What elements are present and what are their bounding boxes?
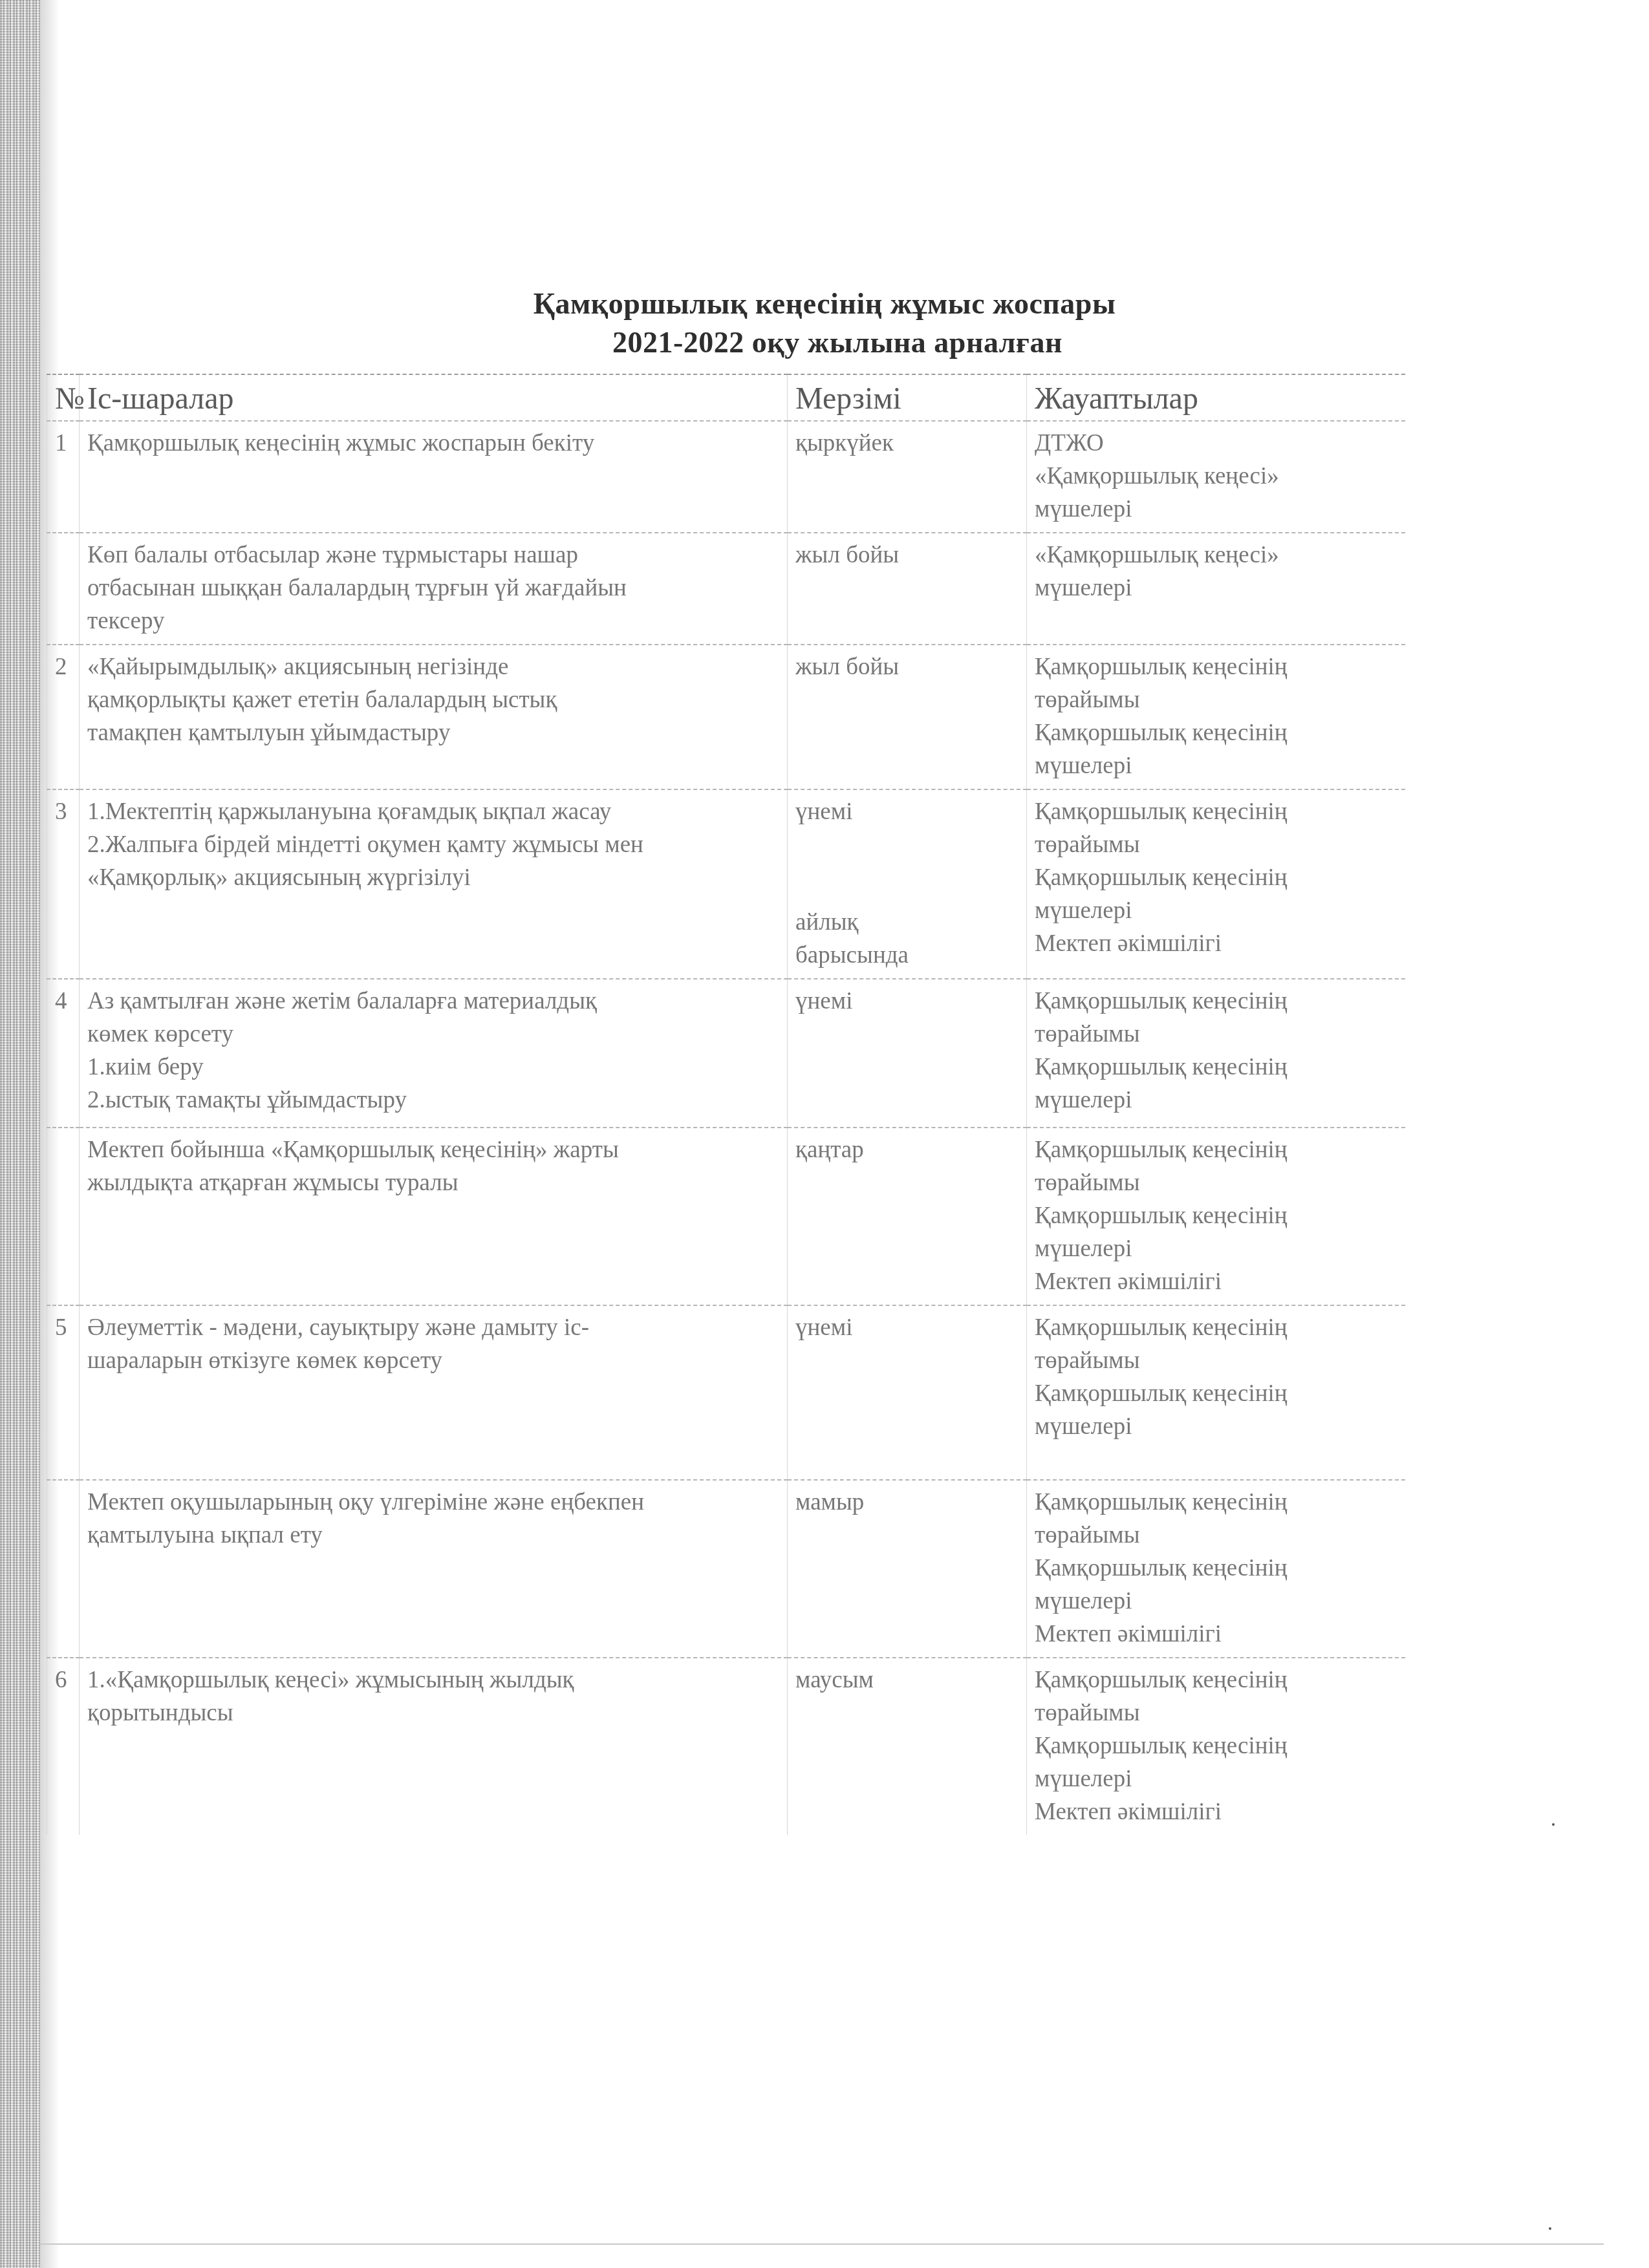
activity-cell-line: Көп балалы отбасылар және тұрмыстары наш…	[87, 539, 781, 572]
deadline-cell: маусым	[788, 1658, 1027, 1835]
responsible-cell-line: «Қамқоршылық кеңесі»	[1035, 539, 1399, 572]
responsible-cell: Қамқоршылық кеңесініңтөрайымыҚамқоршылық…	[1027, 1480, 1405, 1658]
responsible-cell: Қамқоршылық кеңесініңтөрайымыҚамқоршылық…	[1027, 979, 1405, 1128]
row-number: 6	[47, 1658, 80, 1835]
responsible-cell-line: Қамқоршылық кеңесінің	[1035, 795, 1399, 828]
row-number	[47, 1128, 80, 1305]
responsible-cell: Қамқоршылық кеңесініңтөрайымыҚамқоршылық…	[1027, 1305, 1405, 1480]
scan-speck	[1552, 1823, 1555, 1826]
header-num: №	[47, 374, 80, 421]
row-number: 2	[47, 645, 80, 789]
activity-cell-line: Аз қамтылған және жетім балаларға матери…	[87, 985, 781, 1018]
deadline-cell: мамыр	[788, 1480, 1027, 1658]
responsible-cell-line: Мектеп әкімшілігі	[1035, 927, 1399, 960]
table-row: 61.«Қамқоршылық кеңесі» жұмысының жылдық…	[47, 1658, 1405, 1835]
activity-cell-line: 2.ыстық тамақты ұйымдастыру	[87, 1084, 781, 1117]
responsible-cell-line: Қамқоршылық кеңесінің	[1035, 650, 1399, 683]
header-responsible: Жауаптылар	[1027, 374, 1405, 421]
deadline-cell: қаңтар	[788, 1128, 1027, 1305]
row-number: 3	[47, 789, 80, 979]
responsible-cell-line: Қамқоршылық кеңесінің	[1035, 1199, 1399, 1232]
responsible-cell-line: Мектеп әкімшілігі	[1035, 1265, 1399, 1298]
activity-cell: 1.«Қамқоршылық кеңесі» жұмысының жылдыққ…	[80, 1658, 788, 1835]
responsible-cell-line: мүшелері	[1035, 1585, 1399, 1618]
activity-cell: «Қайырымдылық» акциясының негізіндеқамқо…	[80, 645, 788, 789]
responsible-cell-line: мүшелері	[1035, 572, 1399, 604]
table-row: 4Аз қамтылған және жетім балаларға матер…	[47, 979, 1405, 1128]
deadline-cell-line: мамыр	[795, 1486, 1020, 1519]
responsible-cell-line: мүшелері	[1035, 1084, 1399, 1117]
page-bottom-edge	[39, 2243, 1604, 2245]
table-row: Мектеп бойынша «Қамқоршылық кеңесінің» ж…	[47, 1128, 1405, 1305]
activity-cell-line: көмек көрсету	[87, 1018, 781, 1051]
activity-cell-line: «Қайырымдылық» акциясының негізінде	[87, 650, 781, 683]
responsible-cell-line: мүшелері	[1035, 894, 1399, 927]
table-row: 5Әлеуметтік - мәдени, сауықтыру және дам…	[47, 1305, 1405, 1480]
responsible-cell-line: Қамқоршылық кеңесінің	[1035, 716, 1399, 749]
responsible-cell-line: Қамқоршылық кеңесінің	[1035, 861, 1399, 894]
responsible-cell-line: төрайымы	[1035, 1166, 1399, 1199]
responsible-cell-line: төрайымы	[1035, 1696, 1399, 1729]
responsible-cell-line: төрайымы	[1035, 1018, 1399, 1051]
table-row: 2«Қайырымдылық» акциясының негізіндеқамқ…	[47, 645, 1405, 789]
responsible-cell: Қамқоршылық кеңесініңтөрайымыҚамқоршылық…	[1027, 1658, 1405, 1835]
document-title: Қамқоршылық кеңесінің жұмыс жоспары 2021…	[0, 284, 1649, 362]
responsible-cell-line: Мектеп әкімшілігі	[1035, 1795, 1399, 1828]
activity-cell-line: жылдықта атқарған жұмысы туралы	[87, 1166, 781, 1199]
row-number	[47, 1480, 80, 1658]
responsible-cell: Қамқоршылық кеңесініңтөрайымыҚамқоршылық…	[1027, 645, 1405, 789]
activity-cell-line: Мектеп оқушыларының оқу үлгеріміне және …	[87, 1486, 781, 1519]
table-row: Мектеп оқушыларының оқу үлгеріміне және …	[47, 1480, 1405, 1658]
responsible-cell-line: төрайымы	[1035, 1519, 1399, 1552]
responsible-cell-line: Мектеп әкімшілігі	[1035, 1618, 1399, 1651]
activity-cell-line: шараларын өткізуге көмек көрсету	[87, 1344, 781, 1377]
activity-cell: Мектеп бойынша «Қамқоршылық кеңесінің» ж…	[80, 1128, 788, 1305]
responsible-cell-line: Қамқоршылық кеңесінің	[1035, 1486, 1399, 1519]
responsible-cell-line: Қамқоршылық кеңесінің	[1035, 1729, 1399, 1762]
deadline-cell: жыл бойы	[788, 645, 1027, 789]
deadline-cell-line: маусым	[795, 1664, 1020, 1696]
activity-cell: Қамқоршылық кеңесінің жұмыс жоспарын бек…	[80, 421, 788, 533]
deadline-cell: үнемі	[788, 979, 1027, 1128]
table-row: Көп балалы отбасылар және тұрмыстары наш…	[47, 533, 1405, 645]
deadline-cell: қыркүйек	[788, 421, 1027, 533]
responsible-cell: «Қамқоршылық кеңесі»мүшелері	[1027, 533, 1405, 645]
responsible-cell-line: Қамқоршылық кеңесінің	[1035, 1664, 1399, 1696]
activity-cell-line: Қамқоршылық кеңесінің жұмыс жоспарын бек…	[87, 427, 781, 460]
responsible-cell-line: Қамқоршылық кеңесінің	[1035, 985, 1399, 1018]
activity-cell-line: 1.«Қамқоршылық кеңесі» жұмысының жылдық	[87, 1664, 781, 1696]
activity-cell-line: Мектеп бойынша «Қамқоршылық кеңесінің» ж…	[87, 1133, 781, 1166]
responsible-cell-line: ДТЖО	[1035, 427, 1399, 460]
deadline-extra-line: барысында	[795, 939, 1020, 972]
responsible-cell-line: Қамқоршылық кеңесінің	[1035, 1051, 1399, 1084]
deadline-cell-line: қыркүйек	[795, 427, 1020, 460]
activity-cell-line: қамтылуына ықпал ету	[87, 1519, 781, 1552]
activity-cell-line: қамқорлықты қажет ететін балалардың ысты…	[87, 683, 781, 716]
deadline-extra-line: айлық	[795, 906, 1020, 939]
work-plan-table: № Іс-шаралар Мерзімі Жауаптылар 1Қамқорш…	[47, 374, 1405, 1835]
deadline-cell-line: жыл бойы	[795, 539, 1020, 572]
responsible-cell-line: «Қамқоршылық кеңесі»	[1035, 460, 1399, 493]
deadline-cell: жыл бойы	[788, 533, 1027, 645]
responsible-cell-line: Қамқоршылық кеңесінің	[1035, 1133, 1399, 1166]
table-row: 31.Мектептің қаржылануына қоғамдық ықпал…	[47, 789, 1405, 979]
deadline-cell: үнемі	[788, 1305, 1027, 1480]
table-row: 1Қамқоршылық кеңесінің жұмыс жоспарын бе…	[47, 421, 1405, 533]
activity-cell-line: Әлеуметтік - мәдени, сауықтыру және дамы…	[87, 1311, 781, 1344]
activity-cell-line: қорытындысы	[87, 1696, 781, 1729]
responsible-cell-line: Қамқоршылық кеңесінің	[1035, 1311, 1399, 1344]
title-line-1: Қамқоршылық кеңесінің жұмыс жоспары	[0, 284, 1649, 323]
activity-cell-line: 2.Жалпыға бірдей міндетті оқумен қамту ж…	[87, 828, 781, 861]
deadline-cell-line: үнемі	[795, 795, 1020, 828]
responsible-cell-line: Қамқоршылық кеңесінің	[1035, 1377, 1399, 1410]
title-line-2: 2021-2022 оқу жылына арналған	[26, 323, 1649, 362]
responsible-cell: Қамқоршылық кеңесініңтөрайымыҚамқоршылық…	[1027, 1128, 1405, 1305]
deadline-cell-line: қаңтар	[795, 1133, 1020, 1166]
deadline-cell: үнеміайлықбарысында	[788, 789, 1027, 979]
activity-cell-line: тексеру	[87, 604, 781, 637]
activity-cell-line: 1.киім беру	[87, 1051, 781, 1084]
deadline-extra: айлықбарысында	[795, 906, 1020, 972]
responsible-cell-line: төрайымы	[1035, 828, 1399, 861]
activity-cell: Көп балалы отбасылар және тұрмыстары наш…	[80, 533, 788, 645]
activity-cell-line: 1.Мектептің қаржылануына қоғамдық ықпал …	[87, 795, 781, 828]
responsible-cell-line: төрайымы	[1035, 683, 1399, 716]
deadline-cell-line: үнемі	[795, 985, 1020, 1018]
responsible-cell-line: мүшелері	[1035, 749, 1399, 782]
activity-cell: 1.Мектептің қаржылануына қоғамдық ықпал …	[80, 789, 788, 979]
activity-cell-line: «Қамқорлық» акциясының жүргізілуі	[87, 861, 781, 894]
responsible-cell-line: мүшелері	[1035, 1232, 1399, 1265]
activity-cell-line: тамақпен қамтылуын ұйымдастыру	[87, 716, 781, 749]
header-activities: Іс-шаралар	[80, 374, 788, 421]
deadline-cell-line: жыл бойы	[795, 650, 1020, 683]
row-number	[47, 533, 80, 645]
responsible-cell: Қамқоршылық кеңесініңтөрайымыҚамқоршылық…	[1027, 789, 1405, 979]
responsible-cell: ДТЖО«Қамқоршылық кеңесі»мүшелері	[1027, 421, 1405, 533]
responsible-cell-line: мүшелері	[1035, 1762, 1399, 1795]
deadline-cell-line: үнемі	[795, 1311, 1020, 1344]
row-number: 1	[47, 421, 80, 533]
table-header-row: № Іс-шаралар Мерзімі Жауаптылар	[47, 374, 1405, 421]
scan-speck	[1549, 2227, 1551, 2230]
activity-cell: Аз қамтылған және жетім балаларға матери…	[80, 979, 788, 1128]
header-deadline: Мерзімі	[788, 374, 1027, 421]
responsible-cell-line: мүшелері	[1035, 1410, 1399, 1443]
responsible-cell-line: мүшелері	[1035, 493, 1399, 526]
table-body: 1Қамқоршылық кеңесінің жұмыс жоспарын бе…	[47, 421, 1405, 1835]
row-number: 5	[47, 1305, 80, 1480]
responsible-cell-line: төрайымы	[1035, 1344, 1399, 1377]
activity-cell: Мектеп оқушыларының оқу үлгеріміне және …	[80, 1480, 788, 1658]
activity-cell: Әлеуметтік - мәдени, сауықтыру және дамы…	[80, 1305, 788, 1480]
row-number: 4	[47, 979, 80, 1128]
activity-cell-line: отбасынан шыққан балалардың тұрғын үй жа…	[87, 572, 781, 604]
responsible-cell-line: Қамқоршылық кеңесінің	[1035, 1552, 1399, 1585]
